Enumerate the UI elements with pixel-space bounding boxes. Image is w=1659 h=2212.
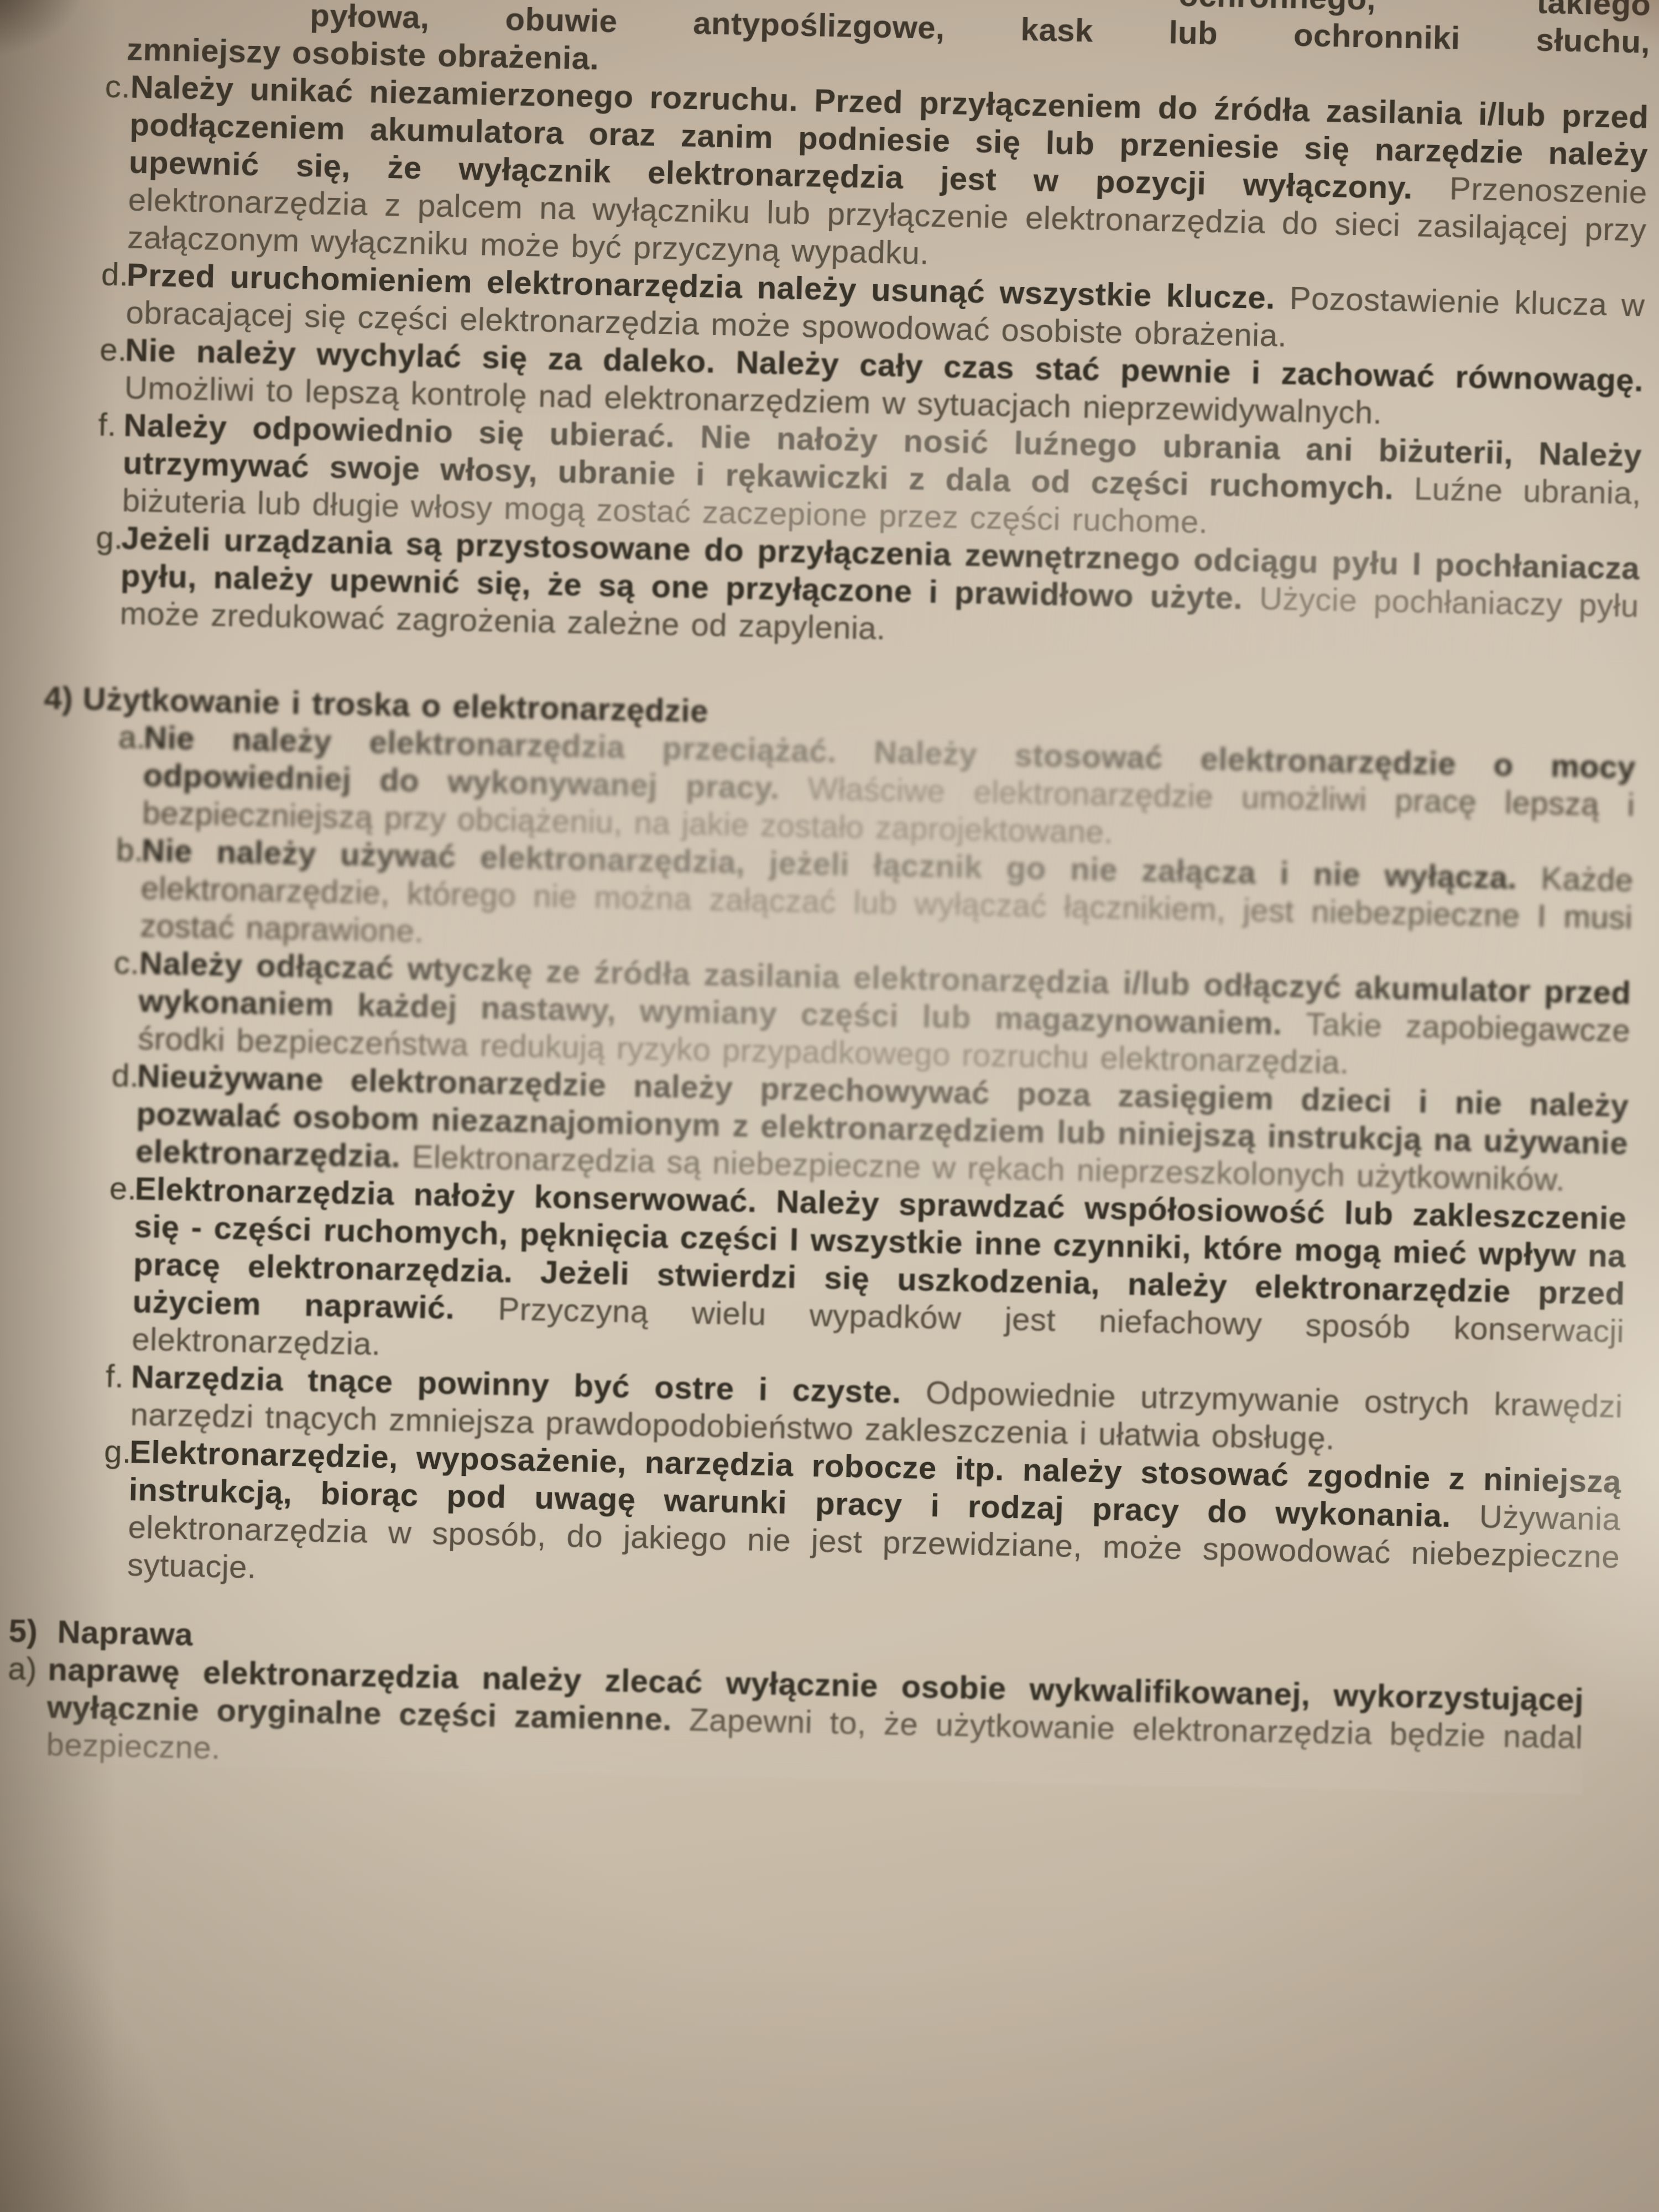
item-label: g. bbox=[94, 519, 122, 632]
item-text: Elektronarzędzie, wyposażenie, narzędzia… bbox=[127, 1433, 1622, 1614]
item-label: c. bbox=[112, 944, 140, 1057]
document-text-block: ochronnego, takiego pyłowa, obuwie antyp… bbox=[0, 0, 1658, 1795]
photographed-document-page: ochronnego, takiego pyłowa, obuwie antyp… bbox=[0, 0, 1659, 2212]
item-label: a. bbox=[117, 718, 144, 832]
section-number: 5) bbox=[8, 1613, 58, 1651]
item-label: e. bbox=[98, 331, 126, 407]
item-text: Elektronarzędzia nałoży konserwować. Nal… bbox=[132, 1170, 1627, 1388]
item-label: g. bbox=[102, 1433, 130, 1584]
item-label: f. bbox=[96, 406, 124, 520]
item-label: b. bbox=[114, 831, 142, 945]
item-label: d. bbox=[110, 1057, 138, 1170]
list-item-4g: g. Elektronarzędzie, wyposażenie, narzęd… bbox=[102, 1433, 1622, 1614]
item-label: a) bbox=[6, 1650, 48, 1764]
item-text: Należy unikać niezamierzonego rozruchu. … bbox=[127, 69, 1649, 287]
section-number: 4) bbox=[44, 680, 83, 718]
list-item-4e: e. Elektronarzędzia nałoży konserwować. … bbox=[106, 1170, 1627, 1388]
item-label: c. bbox=[102, 68, 131, 257]
item-label: f. bbox=[105, 1358, 132, 1433]
item-label: d. bbox=[100, 256, 127, 332]
list-item-3c: c. Należy unikać niezamierzonego rozruch… bbox=[102, 68, 1649, 287]
section-3-safety-items: c. Należy unikać niezamierzonego rozruch… bbox=[94, 68, 1649, 663]
item-label: e. bbox=[106, 1170, 135, 1358]
section-4: 4) Użytkowanie i troska o elektronarzędz… bbox=[75, 680, 1637, 1614]
section-title: Naprawa bbox=[57, 1613, 194, 1653]
section-5: 5) Naprawa a) naprawę elektronarzędzia n… bbox=[6, 1613, 1585, 1794]
